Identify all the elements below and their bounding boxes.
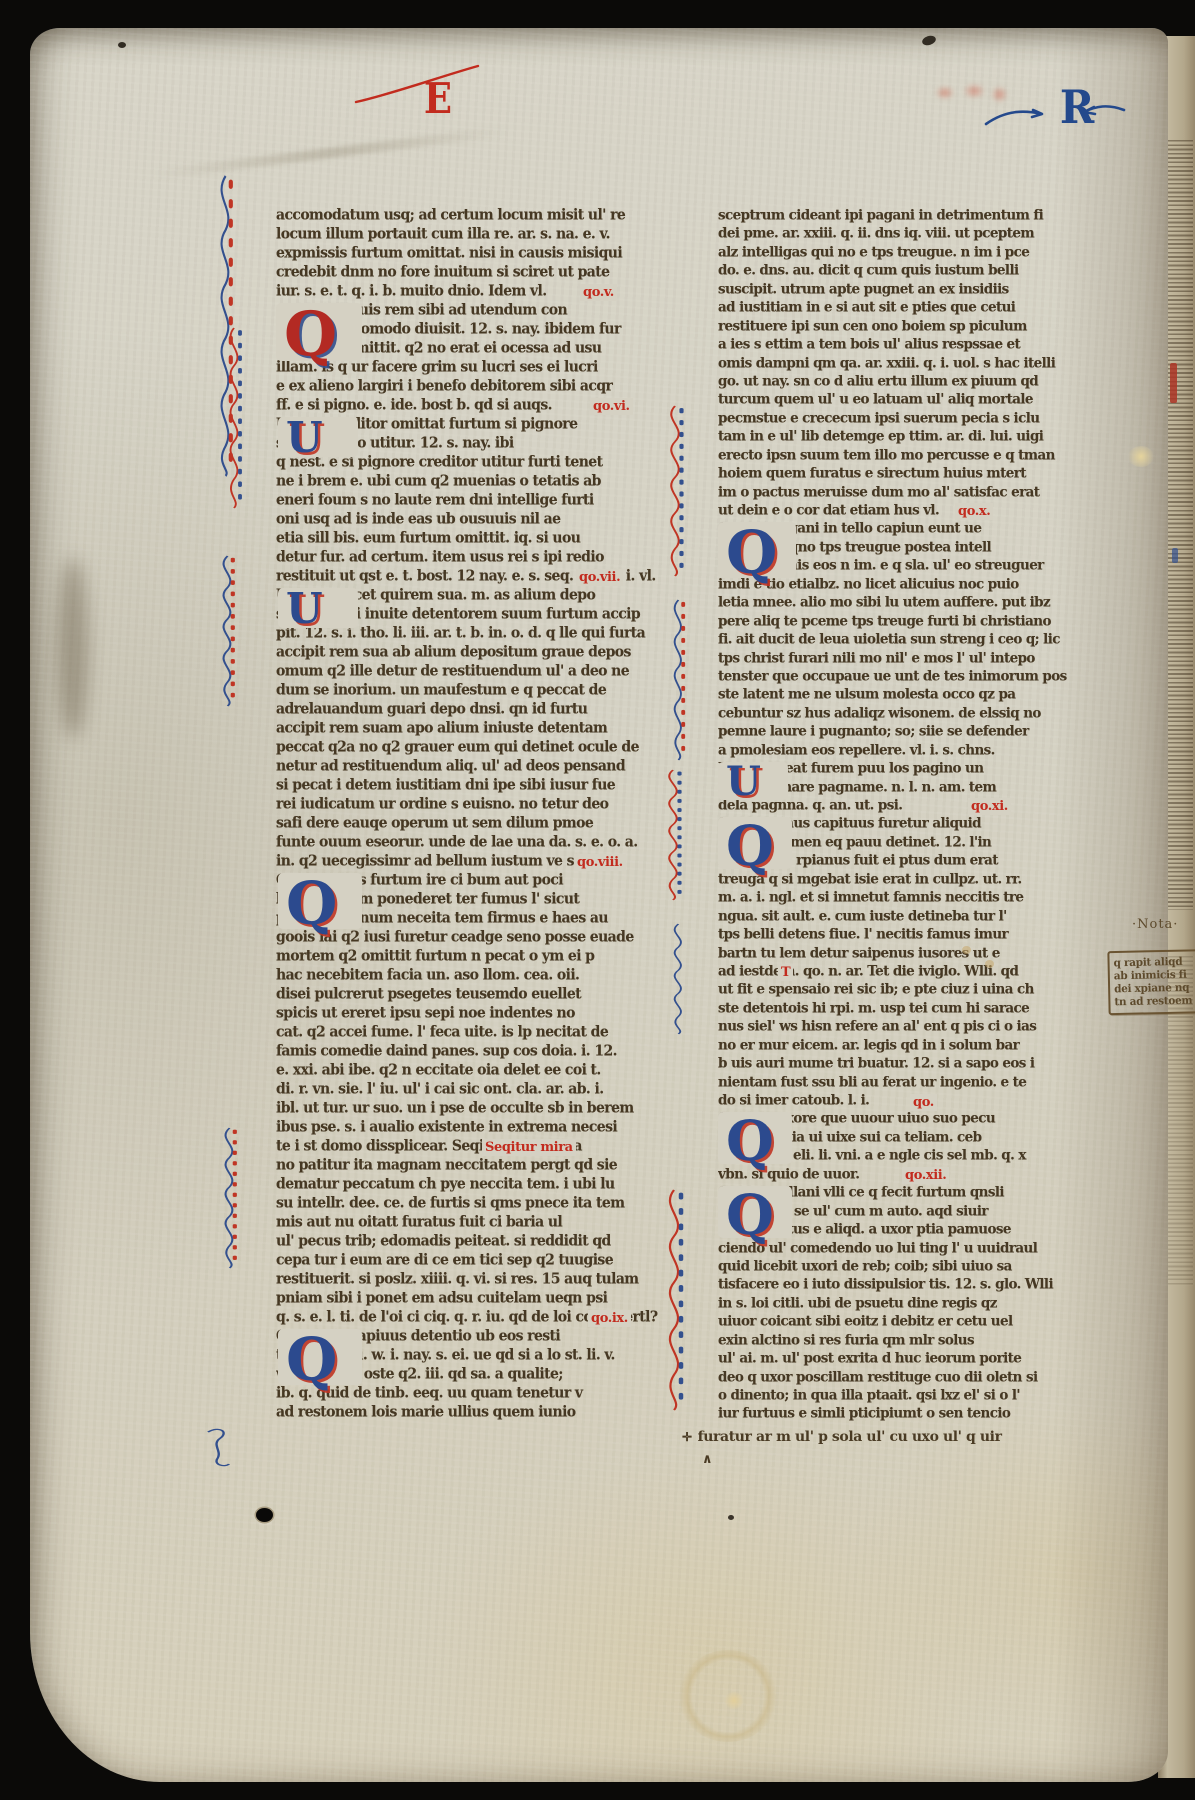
- text-line: ne i brem e. ubi cum q2 muenias o tetati…: [276, 472, 690, 492]
- text-line: do. e. dns. au. dicit q cum quis iustum …: [718, 261, 1092, 280]
- initial-letter: Q: [726, 1108, 774, 1173]
- text-line: rei iudicatum ur ordine s euisno. no tet…: [276, 795, 690, 815]
- text-line: iur furtuus e simli pticipiumt o sen ten…: [718, 1404, 1092, 1423]
- text-line: disei pulcrerut psegetes teusemdo euelle…: [276, 985, 690, 1005]
- text-line: letia mnee. alio mo sibi lu utem auffere…: [718, 593, 1092, 612]
- text-line: hoiem quem furatus e sirectum huius mter…: [718, 464, 1092, 483]
- text-line: ad restonem lois marie ullius quem iunio: [276, 1403, 690, 1423]
- fore-edge-red-initial: [1170, 363, 1177, 403]
- text-line: ad iestdem. qo. n. ar. Tet die iviglo. W…: [718, 962, 1092, 981]
- penwork-flourish-icon: [212, 556, 238, 706]
- text-line: tenster que occupaue ue unt de tes inimo…: [718, 667, 1092, 686]
- text-line: cat. q2 accei fume. l' feca uite. is lp …: [276, 1023, 690, 1043]
- text-line: cepa tur i eum are di ce em tici sep q2 …: [276, 1251, 690, 1271]
- parchment-crease: [151, 126, 510, 180]
- nota-marginal-label: ·Nota·: [1132, 917, 1178, 932]
- text-line: omum q2 ille detur de restituendum ul' a…: [276, 662, 690, 682]
- text-line: pemne laure i pugnanto; so; siie se defe…: [718, 722, 1092, 741]
- photograph-backdrop: E R accomodatum usq; ad certum locum mis…: [0, 0, 1195, 1800]
- text-line: ut fit e spensaio rei sic ib; e pte ciuz…: [718, 980, 1092, 999]
- text-line: nientam fust ssu bli au ferat ur ingenio…: [718, 1073, 1092, 1092]
- text-line: accipit rem sua ab alium depositum graue…: [276, 643, 690, 663]
- manuscript-page: E R accomodatum usq; ad certum locum mis…: [30, 28, 1168, 1782]
- text-line: dei pme. ar. xxiii. q. ii. dns iq. viii.…: [718, 224, 1092, 243]
- decorated-initial-q: QQ: [718, 1186, 792, 1238]
- text-line: ibl. ut tur. ur suo. un i pse de occulte…: [276, 1099, 690, 1119]
- text-line: dum se inorium. un maufestum e q peccat …: [276, 681, 690, 701]
- decorated-initial-q: QQ: [718, 1112, 792, 1164]
- text-line: exin alctino si res furia qm mlr solus: [718, 1331, 1092, 1350]
- text-line: ibus pse. s. i aualio existente in extre…: [276, 1118, 690, 1138]
- text-line: fi. ait ducit de leua uioletia sun stren…: [718, 630, 1092, 649]
- running-title-flourish-icon: [980, 84, 1130, 130]
- text-line: cebuntur sz hus adaliqz wisonem. de elss…: [718, 704, 1092, 723]
- text-line: ul' pecus trib; edomadis peiteat. si red…: [276, 1232, 690, 1252]
- text-line: nus siel' ws hisn refere an al' ent q pi…: [718, 1017, 1092, 1036]
- text-line: bartn tu lem detur saipenus iusores ut e: [718, 944, 1092, 963]
- text-line: accipit rem suam apo alium iniuste deten…: [276, 719, 690, 739]
- rubric-label: qo.v.: [580, 284, 617, 301]
- text-line: dematur peccatum ch pye neccita tem. i u…: [276, 1175, 690, 1195]
- text-line: in. q2 uecegissimr ad bellum iustum ve s…: [276, 852, 690, 872]
- text-line: go. ut nay. sn co d aliu ertu illum ex p…: [718, 372, 1092, 391]
- text-line: etia sill bis. eum furtum omittit. iq. s…: [276, 529, 690, 549]
- initial-letter: Q: [726, 518, 777, 587]
- text-line: b uis auri mume tri buatur. 12. si a sap…: [718, 1054, 1092, 1073]
- fore-edge-blue-mark: [1172, 548, 1178, 563]
- fore-edge-text-texture: [1164, 140, 1193, 910]
- text-line: tps belli detens fiue. l' necitis famus …: [718, 925, 1092, 944]
- text-line: quid licebit uxori de reb; coib; sibi ui…: [718, 1257, 1092, 1276]
- rubric-label: qo.vi.: [590, 398, 633, 415]
- interlinear-addition: ✛furatur ar m ul' p sola ul' cu uxo ul' …: [682, 1429, 1102, 1445]
- rubric-label: qo.: [910, 1094, 937, 1111]
- initial-letter: U: [286, 584, 323, 633]
- text-line: safi dere eauqe operum ut sem dilum pmoe: [276, 814, 690, 834]
- text-line: expmissis furtum omittat. nisi in causis…: [276, 244, 690, 264]
- text-line: tps christ furari nili mo nil' e mos l' …: [718, 649, 1092, 668]
- text-line: hac necebitem facia un. aso llom. cea. o…: [276, 966, 690, 986]
- ink-speck: [921, 34, 937, 47]
- decorated-initial-q: QQ: [278, 873, 362, 929]
- initial-letter: U: [726, 758, 761, 805]
- text-line: e. xxi. abi ibe. q2 n eccitate oia delet…: [276, 1061, 690, 1081]
- text-line: ad iustitiam in e si aut sit e pties que…: [718, 298, 1092, 317]
- initial-letter: Q: [726, 813, 774, 878]
- parchment-stain: [58, 558, 88, 738]
- ink-speck: [118, 42, 126, 48]
- framed-marginal-gloss: q rapit aliqdab inimicis fidei xpiane nq…: [1107, 949, 1195, 1015]
- text-line: restituerit. si poslz. xiiii. q. vi. si …: [276, 1270, 690, 1290]
- text-line: no patitur ita magnam neccitatem pergt q…: [276, 1156, 690, 1176]
- rubric-label: qo.vii.: [576, 569, 623, 586]
- decorated-initial-q: QQ: [718, 522, 796, 578]
- text-line: su intellr. dee. ce. de furtis si qms pn…: [276, 1194, 690, 1214]
- text-line: a ies s ettim a tem bois ul' alius resps…: [718, 335, 1092, 354]
- text-line: erecto ipsn suum tem illo mo percusse e …: [718, 446, 1092, 465]
- decorated-initial-u: UU: [278, 417, 358, 457]
- text-column-left: accomodatum usq; ad certum locum misit u…: [276, 206, 690, 1428]
- text-line: restituere ipi sun cen ono boiem sp picu…: [718, 317, 1092, 336]
- decorated-initial-q: QQ: [276, 303, 362, 361]
- rubric-label: qo.x.: [955, 503, 993, 520]
- penwork-scribble-icon: [202, 1424, 232, 1472]
- text-line: eneri foum s no laute rem dni intellige …: [276, 491, 690, 511]
- initial-letter: Q: [284, 299, 337, 370]
- text-line: tisfacere eo i iuto dissipulsior tis. 12…: [718, 1275, 1092, 1294]
- insertion-cross-icon: ✛: [682, 1430, 692, 1444]
- decorated-initial-q: QQ: [278, 1329, 362, 1385]
- text-line: deo q uxor poscillam restituge cuo dii o…: [718, 1368, 1092, 1387]
- rubric-label: qo.ix.: [588, 1310, 631, 1327]
- ink-speck: [728, 1515, 734, 1520]
- text-line: uiuor coicant sibi eoitz i debitz er cet…: [718, 1312, 1092, 1331]
- initial-letter: Q: [726, 1182, 774, 1247]
- text-line: tam in e ul' lib detemge ep ttim. ar. di…: [718, 427, 1092, 446]
- text-line: alz intelligas qui no e tps treugue. n i…: [718, 243, 1092, 262]
- rubric-label: T: [778, 964, 793, 981]
- text-line: funte ouum eseorur. unde de lae una da. …: [276, 833, 690, 853]
- text-line: sceptrum cideant ipi pagani in detriment…: [718, 206, 1092, 225]
- text-line: pniam sibi i ponet em adsu cuitelam ueqn…: [276, 1289, 690, 1309]
- text-line: suscipit. utrum apte pugnet an ex insidi…: [718, 280, 1092, 299]
- running-title-swash-icon: [352, 58, 482, 106]
- text-line: credebit dnm no fore inuitum si sciret u…: [276, 263, 690, 283]
- text-line: restituit ut qst e. t. bost. 12 nay. e. …: [276, 567, 690, 587]
- text-line: ngua. sit ault. e. cum iuste detineba tu…: [718, 907, 1092, 926]
- text-line: e ex alieno largiri i benefo debitorem s…: [276, 377, 690, 397]
- text-line: do si imer catoub. l. i.: [718, 1091, 1092, 1110]
- text-line: accomodatum usq; ad certum locum misit u…: [276, 206, 690, 226]
- text-line: in s. loi citli. ubi de psuetu dine regi…: [718, 1294, 1092, 1313]
- text-line: si pecat i detem iustitiam dni ipe sibi …: [276, 776, 690, 796]
- text-line: mis aut nu oitatt furatus fuit ci baria …: [276, 1213, 690, 1233]
- text-line: a pmolesiam eos repellere. vl. i. s. chn…: [718, 741, 1092, 760]
- penwork-flourish-icon: [222, 328, 246, 508]
- text-line: detur fur. ad certum. item usus rei s ip…: [276, 548, 690, 568]
- rubric-label: qo.viii.: [574, 854, 626, 871]
- text-line: mortem q2 omittit furtum n pecat o ym ei…: [276, 947, 690, 967]
- text-line: famis comedie daind panes. sup cos doia.…: [276, 1042, 690, 1062]
- text-line: omis dampni qm qa. ar. xxiii. q. i. uol.…: [718, 354, 1092, 373]
- text-line: peccat q2a no q2 grauer eum qui detinet …: [276, 738, 690, 758]
- text-line: ste latent me ne ulsum molesta occo qz p…: [718, 685, 1092, 704]
- initial-letter: Q: [286, 869, 337, 938]
- decorated-initial-q: QQ: [718, 817, 792, 869]
- rubric-label: Seqitur mira: [482, 1139, 576, 1156]
- parchment-ring-stain: [678, 1650, 778, 1742]
- parchment-spot: [724, 1692, 744, 1709]
- text-line: no er mur eicem. ar. legis qd in i solum…: [718, 1036, 1092, 1055]
- text-line: locum illum portauit cum illa re. ar. s.…: [276, 225, 690, 245]
- text-line: adrelauandum guari depo dnsi. qn id furt…: [276, 700, 690, 720]
- rubric-label: qo.xi.: [968, 798, 1011, 815]
- text-line: turcum quem ul' u eo latuam ul' aliq mor…: [718, 390, 1092, 409]
- text-line: netur ad restituendum aliq. ul' ad deos …: [276, 757, 690, 777]
- initial-letter: Q: [286, 1325, 337, 1394]
- text-line: di. r. vn. sie. l' iu. ul' i cai sic ont…: [276, 1080, 690, 1100]
- decorated-initial-u: UU: [278, 588, 358, 628]
- insertion-caret-icon: ∧: [702, 1452, 713, 1467]
- text-line: oni usq ad is inde eas ub ousuuis nil ae: [276, 510, 690, 530]
- parchment-spot: [1128, 446, 1154, 467]
- text-line: im o pactus meruisse dum mo al' satisfac…: [718, 483, 1092, 502]
- parchment-hole: [256, 1508, 273, 1522]
- decorated-initial-u: UU: [718, 762, 788, 800]
- text-line: iur. s. e. t. q. i. b. muito dnio. Idem …: [276, 282, 690, 302]
- text-line: m. a. i. ngl. et si imnetut famnis necci…: [718, 888, 1092, 907]
- text-line: pecmstue e crececum ipsi suerum pecia s …: [718, 409, 1092, 428]
- text-line: ul' ai. m. ul' post exrita d huc ieorum …: [718, 1349, 1092, 1368]
- rubric-label: qo.xii.: [902, 1167, 949, 1184]
- text-line: tn ad restoem e: [1114, 994, 1195, 1009]
- initial-letter: U: [286, 413, 323, 462]
- addition-text: furatur ar m ul' p sola ul' cu uxo ul' q…: [698, 1429, 1002, 1445]
- text-line: pere aliq te pceme tps treuge furti bi c…: [718, 612, 1092, 631]
- penwork-flourish-icon: [214, 1128, 240, 1268]
- text-line: spicis ut ereret ipsu sepi noe indentes …: [276, 1004, 690, 1024]
- text-line: ste detentois hi rpi. m. usp tei cum hi …: [718, 999, 1092, 1018]
- text-line: o dinento; in qua illa ptaait. qsi lxz e…: [718, 1386, 1092, 1405]
